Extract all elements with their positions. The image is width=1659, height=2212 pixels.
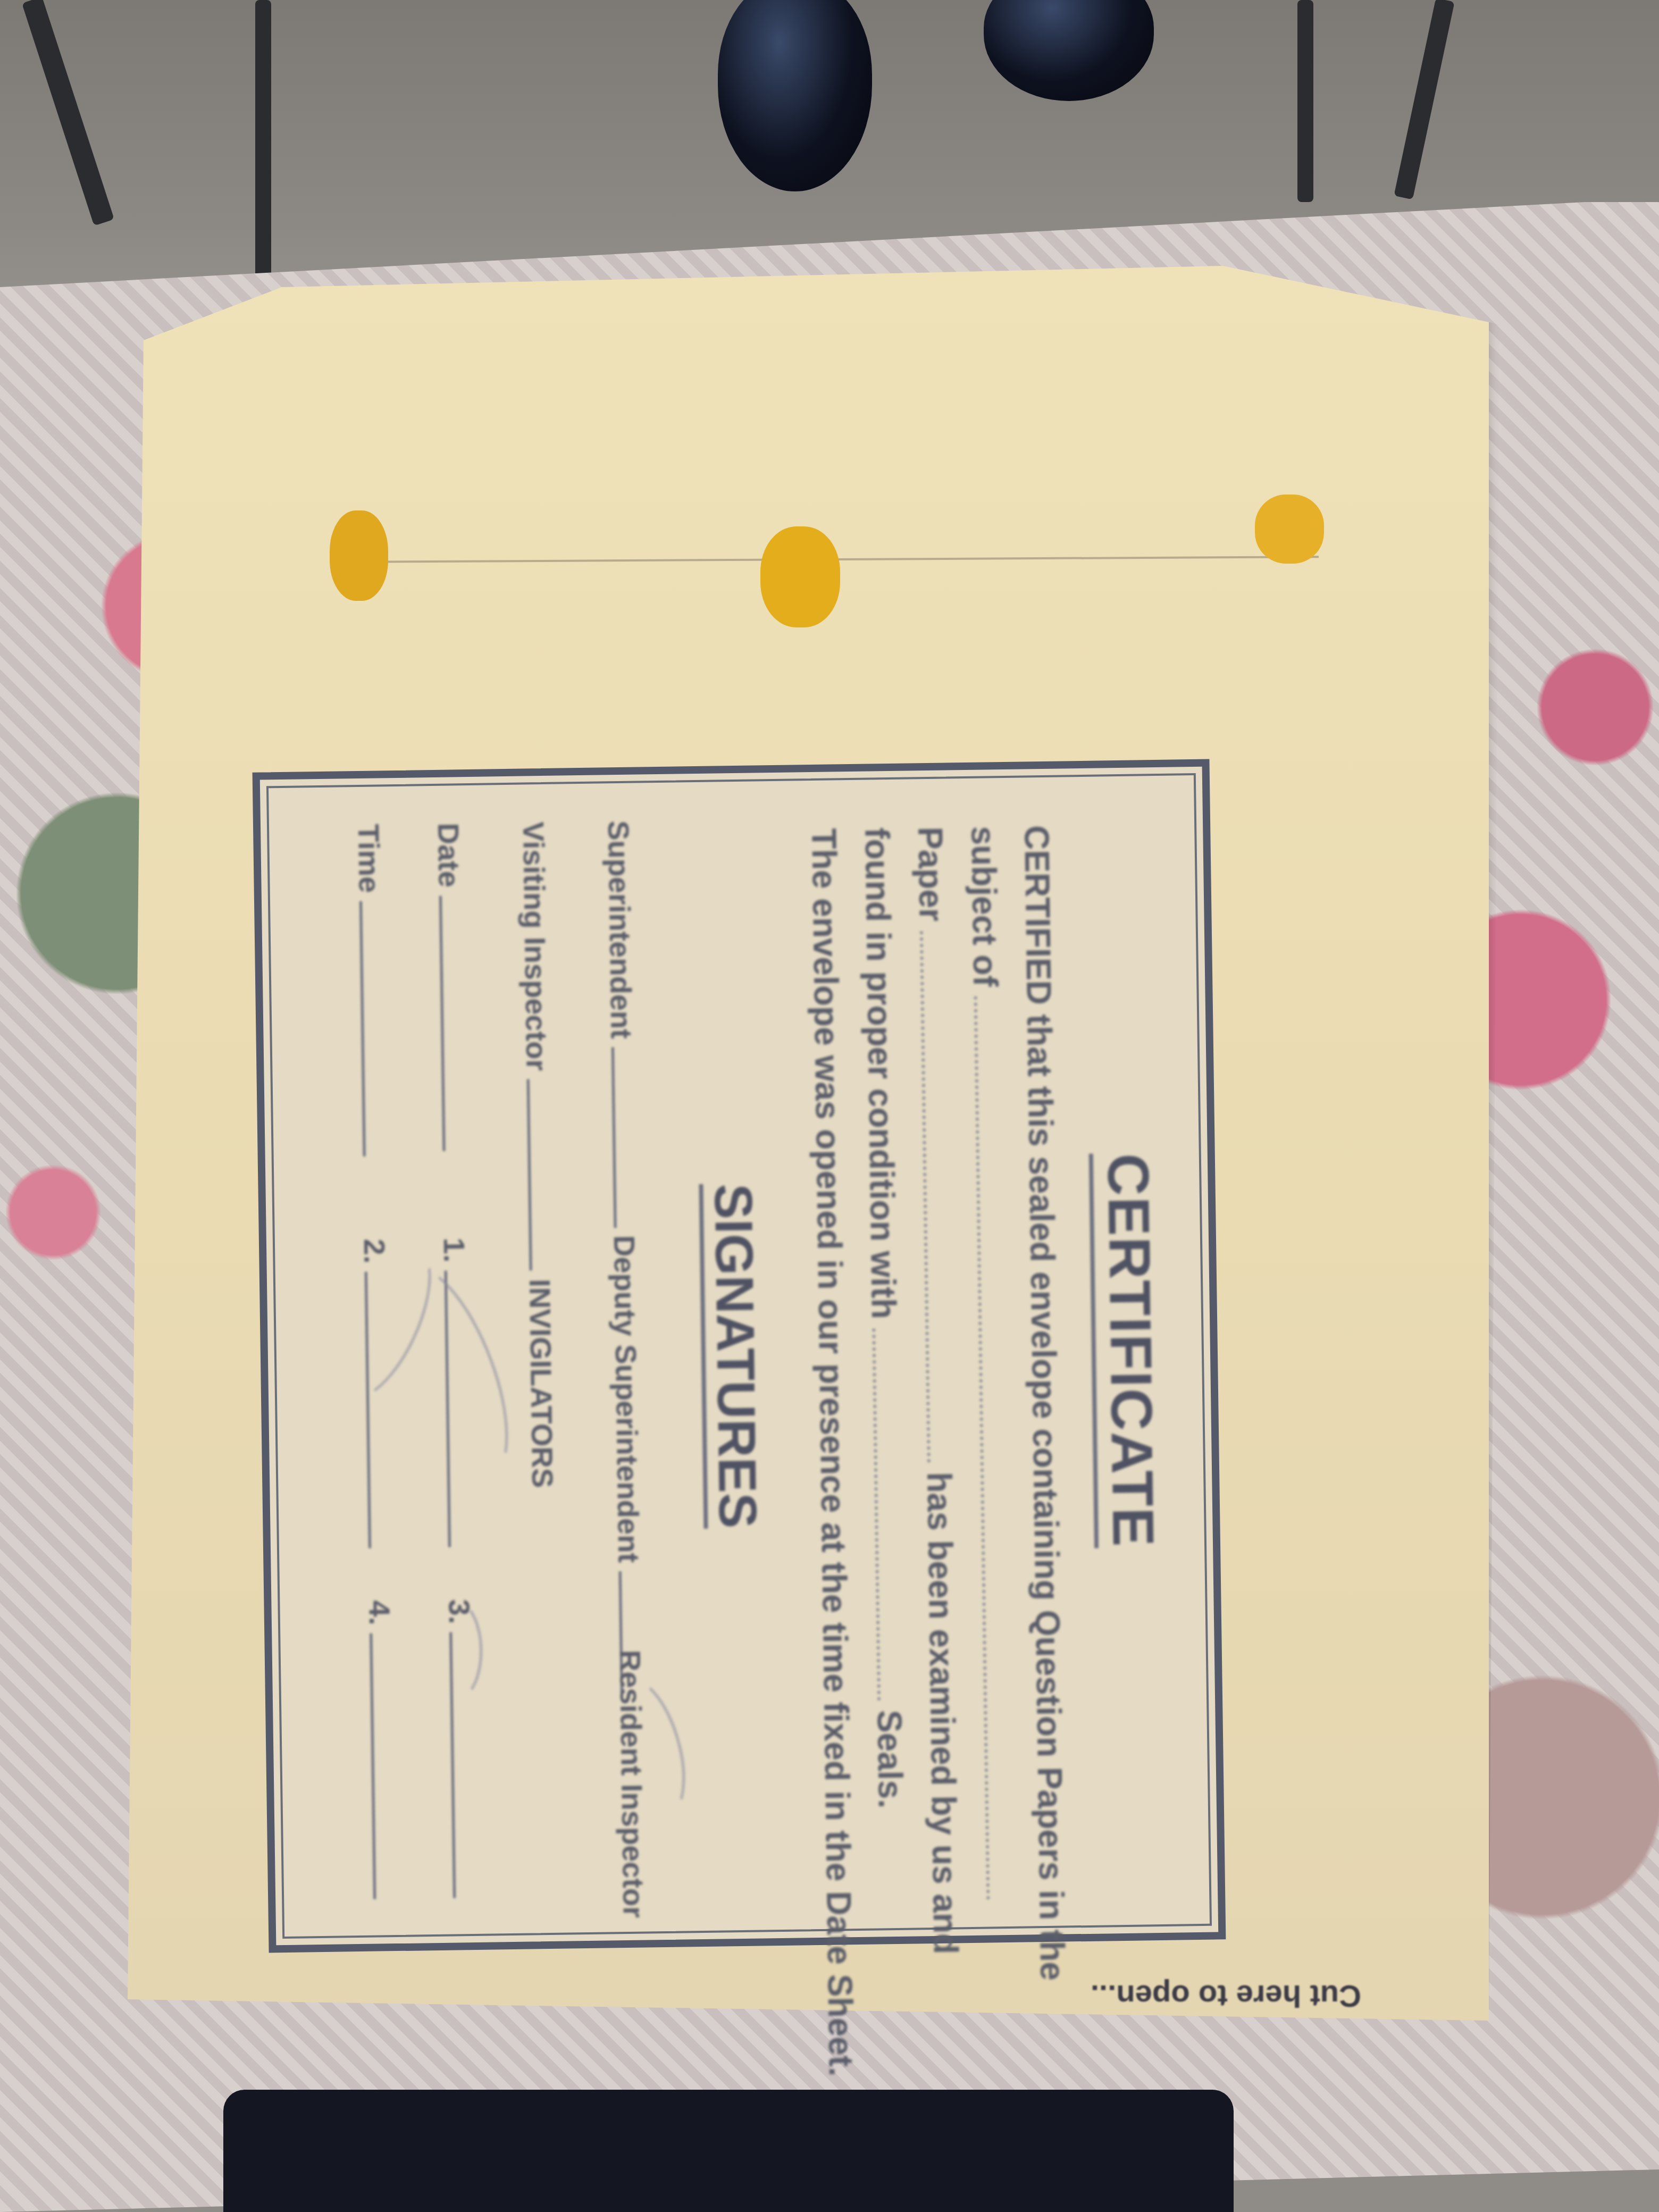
handwritten-signature — [598, 1670, 699, 1827]
chair-leg — [255, 0, 271, 298]
certificate-line-3: Paper has been examined by us and — [910, 826, 966, 1954]
seals-count-field[interactable] — [872, 1328, 881, 1700]
wax-seal — [330, 510, 388, 601]
signature-row-visiting: Visiting Inspector INVIGILATORS — [551, 822, 566, 1896]
wax-seal — [760, 526, 840, 627]
superintendent-signature-line[interactable] — [611, 1047, 617, 1228]
certificate-line-4: found in proper condition with Seals. — [857, 827, 910, 1809]
person-legs — [223, 2090, 1234, 2212]
date-field[interactable] — [439, 896, 446, 1151]
subject-field[interactable] — [974, 996, 990, 1900]
time-field[interactable] — [359, 901, 366, 1157]
invigilator-4-signature-line[interactable] — [370, 1633, 376, 1899]
chair-leg — [1297, 0, 1313, 202]
certificate-title: CERTIFICATE — [1089, 792, 1172, 1909]
certificate-line-1: CERTIFIED that this sealed envelope cont… — [1017, 825, 1072, 1981]
wax-seal — [1255, 495, 1324, 564]
certificate-content: CERTIFICATE CERTIFIED that this sealed e… — [284, 791, 1193, 1920]
paper-field[interactable] — [920, 931, 931, 1463]
certificate-line-5: The envelope was opened in our presence … — [804, 828, 861, 2076]
signatures-heading: SIGNATURES — [697, 797, 773, 1914]
certificate-line-2: subject of — [963, 826, 1018, 1900]
cut-here-instruction: Cut here to open... — [989, 1978, 1361, 2014]
visiting-inspector-signature-line[interactable] — [527, 1079, 532, 1271]
certificate-box: CERTIFICATE CERTIFIED that this sealed e… — [253, 759, 1226, 1953]
